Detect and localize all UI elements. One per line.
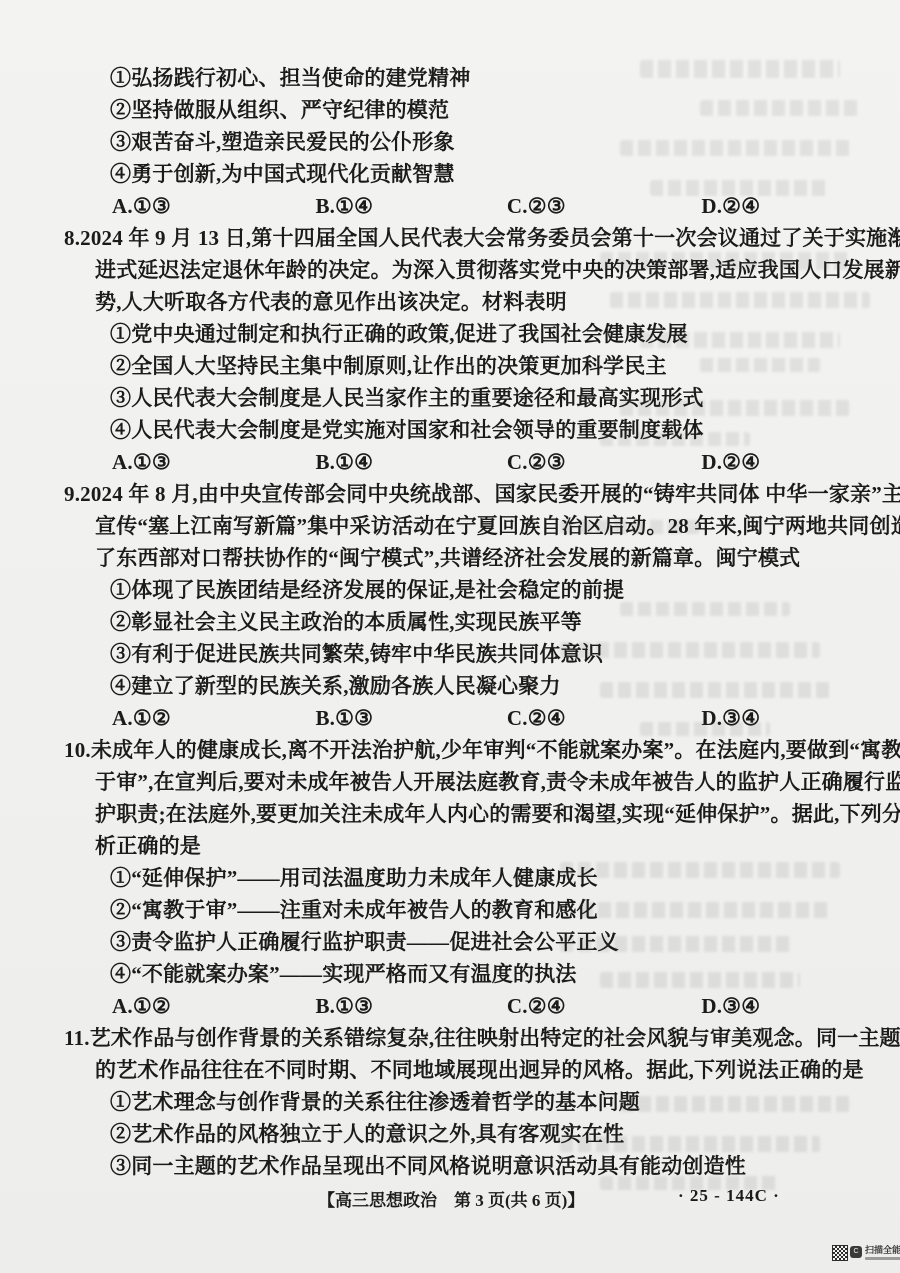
option-line: ①艺术理念与创作背景的关系往往渗透着哲学的基本问题 [110,1086,900,1118]
question-7-options-block: ①弘扬践行初心、担当使命的建党精神 ②坚持做服从组织、严守纪律的模范 ③艰苦奋斗… [0,62,900,222]
answer-choices-row: A.①③ B.①④ C.②③ D.②④ [112,446,900,478]
option-line: ②艺术作品的风格独立于人的意识之外,具有客观实在性 [110,1118,900,1150]
choice-d: D.③④ [701,990,760,1022]
question-stem-line: 进式延迟法定退休年龄的决定。为深入贯彻落实党中央的决策部署,适应我国人口发展新形 [95,254,900,286]
choice-b: B.①④ [315,446,501,478]
choice-c: C.②③ [507,190,696,222]
option-line: ①党中央通过制定和执行正确的政策,促进了我国社会健康发展 [110,318,900,350]
option-line: ④人民代表大会制度是党实施对国家和社会领导的重要制度载体 [110,414,900,446]
option-line: ③有利于促进民族共同繁荣,铸牢中华民族共同体意识 [110,638,900,670]
option-line: ①“延伸保护”——用司法温度助力未成年人健康成长 [110,862,900,894]
question-10-block: 10.未成年人的健康成长,离不开法治护航,少年审判“不能就案办案”。在法庭内,要… [0,734,900,1022]
scanner-app-name: 扫描全能王 [865,1246,900,1255]
question-11-block: 11.艺术作品与创作背景的关系错综复杂,往往映射出特定的社会风貌与审美观念。同一… [0,1022,900,1182]
choice-c: C.②④ [507,990,696,1022]
choice-d: D.②④ [701,190,760,222]
answer-choices-row: A.①③ B.①④ C.②③ D.②④ [112,190,900,222]
footer-paper-code: · 25 - 144C · [678,1186,780,1206]
question-9-block: 9.2024 年 8 月,由中央宣传部会同中央统战部、国家民委开展的“铸牢共同体… [0,478,900,734]
option-line: ②彰显社会主义民主政治的本质属性,实现民族平等 [110,606,900,638]
choice-a: A.①② [112,990,310,1022]
choice-b: B.①③ [315,990,501,1022]
option-line: ①弘扬践行初心、担当使命的建党精神 [110,62,900,94]
choice-a: A.①③ [112,446,310,478]
footer-subject-page-label: 【高三思想政治 第 3 页(共 6 页)】 [318,1186,584,1211]
choice-b: B.①③ [315,702,501,734]
scanner-app-tagline-artifact [865,1257,900,1260]
option-line: ③人民代表大会制度是人民当家作主的重要途径和最高实现形式 [110,382,900,414]
option-line: ①体现了民族团结是经济发展的保证,是社会稳定的前提 [110,574,900,606]
option-line: ④建立了新型的民族关系,激励各族人民凝心聚力 [110,670,900,702]
question-stem-line: 8.2024 年 9 月 13 日,第十四届全国人民代表大会常务委员会第十一次会… [64,222,900,254]
page-footer: 【高三思想政治 第 3 页(共 6 页)】 · 25 - 144C · [0,1186,900,1208]
choice-d: D.②④ [701,446,760,478]
scanned-exam-page: ①弘扬践行初心、担当使命的建党精神 ②坚持做服从组织、严守纪律的模范 ③艰苦奋斗… [0,0,900,1273]
answer-choices-row: A.①② B.①③ C.②④ D.③④ [112,990,900,1022]
question-stem-line: 于审”,在宣判后,要对未成年被告人开展法庭教育,责令未成年被告人的监护人正确履行… [95,766,900,798]
option-line: ③同一主题的艺术作品呈现出不同风格说明意识活动具有能动创造性 [110,1150,900,1182]
choice-b: B.①④ [315,190,501,222]
question-stem-line: 护职责;在法庭外,要更加关注未成年人内心的需要和渴望,实现“延伸保护”。据此,下… [95,798,900,830]
option-line: ③责令监护人正确履行监护职责——促进社会公平正义 [110,926,900,958]
qr-code-icon [833,1246,847,1260]
option-line: ④“不能就案办案”——实现严格而又有温度的执法 [110,958,900,990]
option-line: ③艰苦奋斗,塑造亲民爱民的公仆形象 [110,126,900,158]
option-line: ②坚持做服从组织、严守纪律的模范 [110,94,900,126]
choice-d: D.③④ [701,702,760,734]
question-stem-line: 9.2024 年 8 月,由中央宣传部会同中央统战部、国家民委开展的“铸牢共同体… [64,478,900,510]
scanner-watermark: C 扫描全能王 [833,1246,900,1260]
question-stem-line: 析正确的是 [95,830,900,862]
option-line: ④勇于创新,为中国式现代化贡献智慧 [110,158,900,190]
question-stem-line: 宣传“塞上江南写新篇”集中采访活动在宁夏回族自治区启动。28 年来,闽宁两地共同… [95,510,900,542]
question-8-block: 8.2024 年 9 月 13 日,第十四届全国人民代表大会常务委员会第十一次会… [0,222,900,478]
choice-c: C.②③ [507,446,696,478]
question-stem-line: 的艺术作品往往在不同时期、不同地域展现出迥异的风格。据此,下列说法正确的是 [95,1054,900,1086]
choice-a: A.①③ [112,190,310,222]
option-line: ②全国人大坚持民主集中制原则,让作出的决策更加科学民主 [110,350,900,382]
answer-choices-row: A.①② B.①③ C.②④ D.③④ [112,702,900,734]
choice-c: C.②④ [507,702,696,734]
option-line: ②“寓教于审”——注重对未成年被告人的教育和感化 [110,894,900,926]
question-stem-line: 了东西部对口帮扶协作的“闽宁模式”,共谱经济社会发展的新篇章。闽宁模式 [95,542,900,574]
question-stem-line: 势,人大听取各方代表的意见作出该决定。材料表明 [95,286,900,318]
question-stem-line: 11.艺术作品与创作背景的关系错综复杂,往往映射出特定的社会风貌与审美观念。同一… [64,1022,900,1054]
scanner-app-badge-icon: C [850,1246,862,1258]
question-stem-line: 10.未成年人的健康成长,离不开法治护航,少年审判“不能就案办案”。在法庭内,要… [64,734,900,766]
choice-a: A.①② [112,702,310,734]
